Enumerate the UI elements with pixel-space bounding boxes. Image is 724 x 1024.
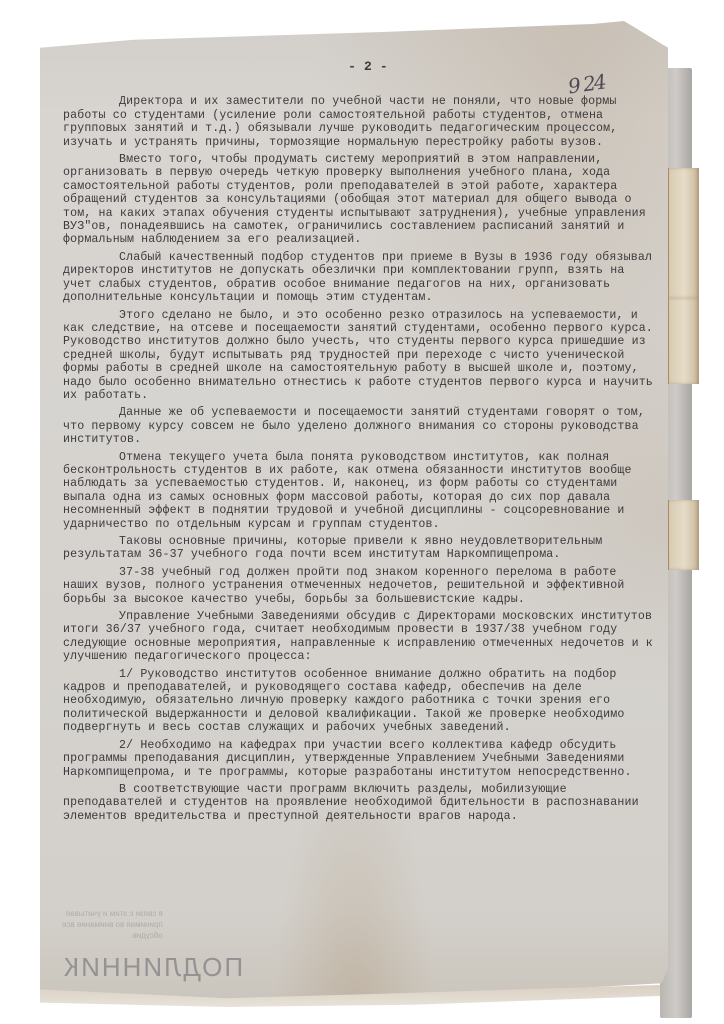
mirrored-bleed-through-text: в связи с этим и учитывая принимая во вн… [62,908,163,941]
paragraph-instead: Вместо того, чтобы продумать систему мер… [63,153,653,247]
paragraph-not-done: Этого сделано не было, и это особенно ре… [63,309,653,403]
binding-tape-lower [668,500,699,570]
paragraph-directors: Директора и их заместители по учебной ча… [63,95,653,149]
paragraph-programs: В соответствующие части программ включит… [63,783,653,823]
binding-tape-middle [668,298,699,384]
typed-document-body: - 2 - Директора и их заместители по учеб… [63,60,653,827]
binding-tape-upper [668,168,699,298]
bleed-line: в связи с этим и учитывая [62,908,163,919]
paragraph-weak-selection: Слабый качественный подбор студентов при… [63,251,653,305]
paragraph-academic-year: 37-38 учебный год должен пройти под знак… [63,566,653,606]
bleed-line: обсудив [62,930,163,941]
mirrored-stamp: ПОДЛИННИК [62,952,243,983]
bleed-line: принимая во внимание все [62,919,163,930]
list-item-2: 2/ Необходимо на кафедрах при участии вс… [63,739,653,779]
paragraph-cancellation: Отмена текущего учета была понята руково… [63,451,653,531]
paragraph-data: Данные же об успеваемости и посещаемости… [63,406,653,446]
paragraph-main-reasons: Таковы основные причины, которые привели… [63,535,653,562]
list-item-1: 1/ Руководство институтов особенное вним… [63,668,653,735]
page-number: - 2 - [83,60,653,73]
paragraph-directorate: Управление Учебными Заведениями обсудив … [63,610,653,664]
